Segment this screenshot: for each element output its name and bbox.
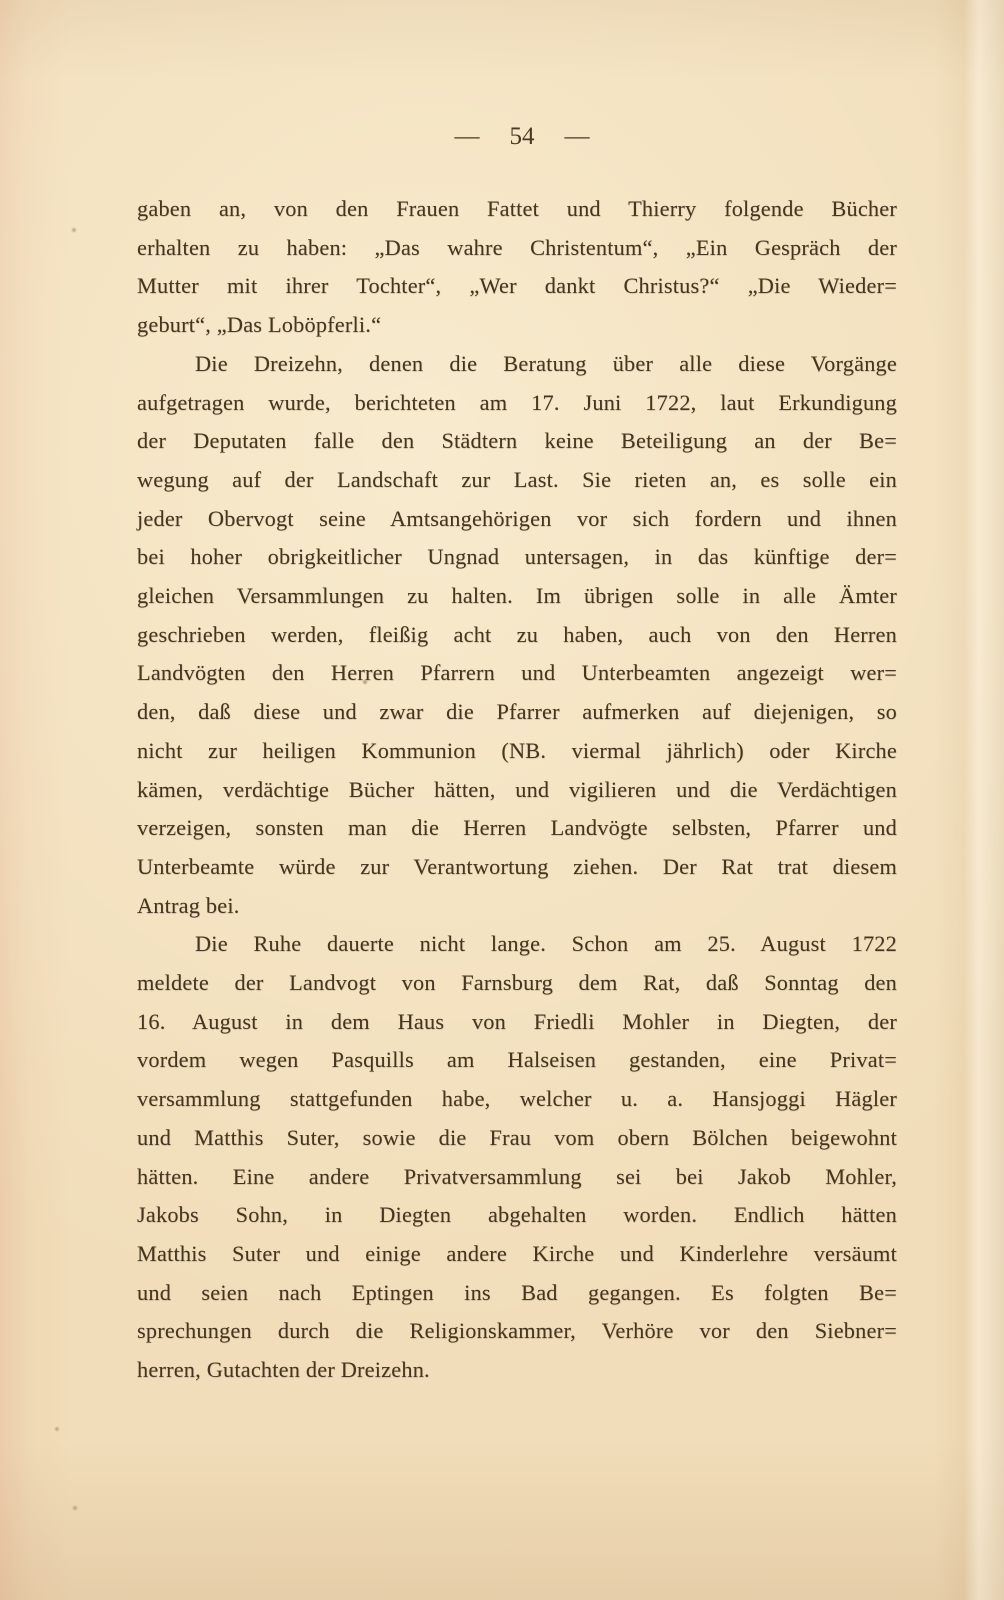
header-dash-right: — bbox=[565, 124, 590, 149]
text-line: meldete der Landvogt von Farnsburg dem R… bbox=[137, 964, 897, 1003]
text-line: geburt“, „Das Loböpferli.“ bbox=[137, 306, 897, 345]
text-line: hätten. Eine andere Privatversammlung se… bbox=[137, 1158, 897, 1197]
text-line: Unterbeamte würde zur Verantwortung zieh… bbox=[137, 848, 897, 887]
text-line: verzeigen, sonsten man die Herren Landvö… bbox=[137, 809, 897, 848]
text-line: herren, Gutachten der Dreizehn. bbox=[137, 1351, 897, 1390]
text-line: gaben an, von den Frauen Fattet und Thie… bbox=[137, 190, 897, 229]
text-line: wegung auf der Landschaft zur Last. Sie … bbox=[137, 461, 897, 500]
text-line: 16. August in dem Haus von Friedli Mohle… bbox=[137, 1003, 897, 1042]
text-line: kämen, verdächtige Bücher hätten, und vi… bbox=[137, 771, 897, 810]
text-line: Jakobs Sohn, in Diegten abgehalten worde… bbox=[137, 1196, 897, 1235]
text-line: Mutter mit ihrer Tochter“, „Wer dankt Ch… bbox=[137, 267, 897, 306]
text-line: gleichen Versammlungen zu halten. Im übr… bbox=[137, 577, 897, 616]
text-line: der Deputaten falle den Städtern keine B… bbox=[137, 422, 897, 461]
header-dash-left: — bbox=[455, 124, 480, 149]
text-line: aufgetragen wurde, berichteten am 17. Ju… bbox=[137, 384, 897, 423]
text-line: bei hoher obrigkeitlicher Ungnad untersa… bbox=[137, 538, 897, 577]
text-line: nicht zur heiligen Kommunion (NB. vierma… bbox=[137, 732, 897, 771]
text-line: Die Ruhe dauerte nicht lange. Schon am 2… bbox=[137, 925, 897, 964]
text-line: vordem wegen Pasquills am Halseisen gest… bbox=[137, 1041, 897, 1080]
text-line: und seien nach Eptingen ins Bad gegangen… bbox=[137, 1274, 897, 1313]
text-line: erhalten zu haben: „Das wahre Christentu… bbox=[137, 229, 897, 268]
text-line: Antrag bei. bbox=[137, 887, 897, 926]
text-line: sprechungen durch die Religionskammer, V… bbox=[137, 1312, 897, 1351]
text-line: geschrieben werden, fleißig acht zu habe… bbox=[137, 616, 897, 655]
page-number-header: — 54 — bbox=[40, 124, 1004, 149]
text-block: gaben an, von den Frauen Fattet und Thie… bbox=[137, 190, 897, 1390]
text-line: den, daß diese und zwar die Pfarrer aufm… bbox=[137, 693, 897, 732]
text-line: Matthis Suter und einige andere Kirche u… bbox=[137, 1235, 897, 1274]
book-page-scan: { "colors": { "paper": "#f1ddb9", "ink":… bbox=[0, 0, 1004, 1600]
page-number: 54 bbox=[510, 124, 535, 149]
text-line: und Matthis Suter, sowie die Frau vom ob… bbox=[137, 1119, 897, 1158]
text-line: versammlung stattgefunden habe, welcher … bbox=[137, 1080, 897, 1119]
text-line: Landvögten den Herren Pfarrern und Unter… bbox=[137, 654, 897, 693]
text-line: jeder Obervogt seine Amtsangehörigen vor… bbox=[137, 500, 897, 539]
text-line: Die Dreizehn, denen die Beratung über al… bbox=[137, 345, 897, 384]
